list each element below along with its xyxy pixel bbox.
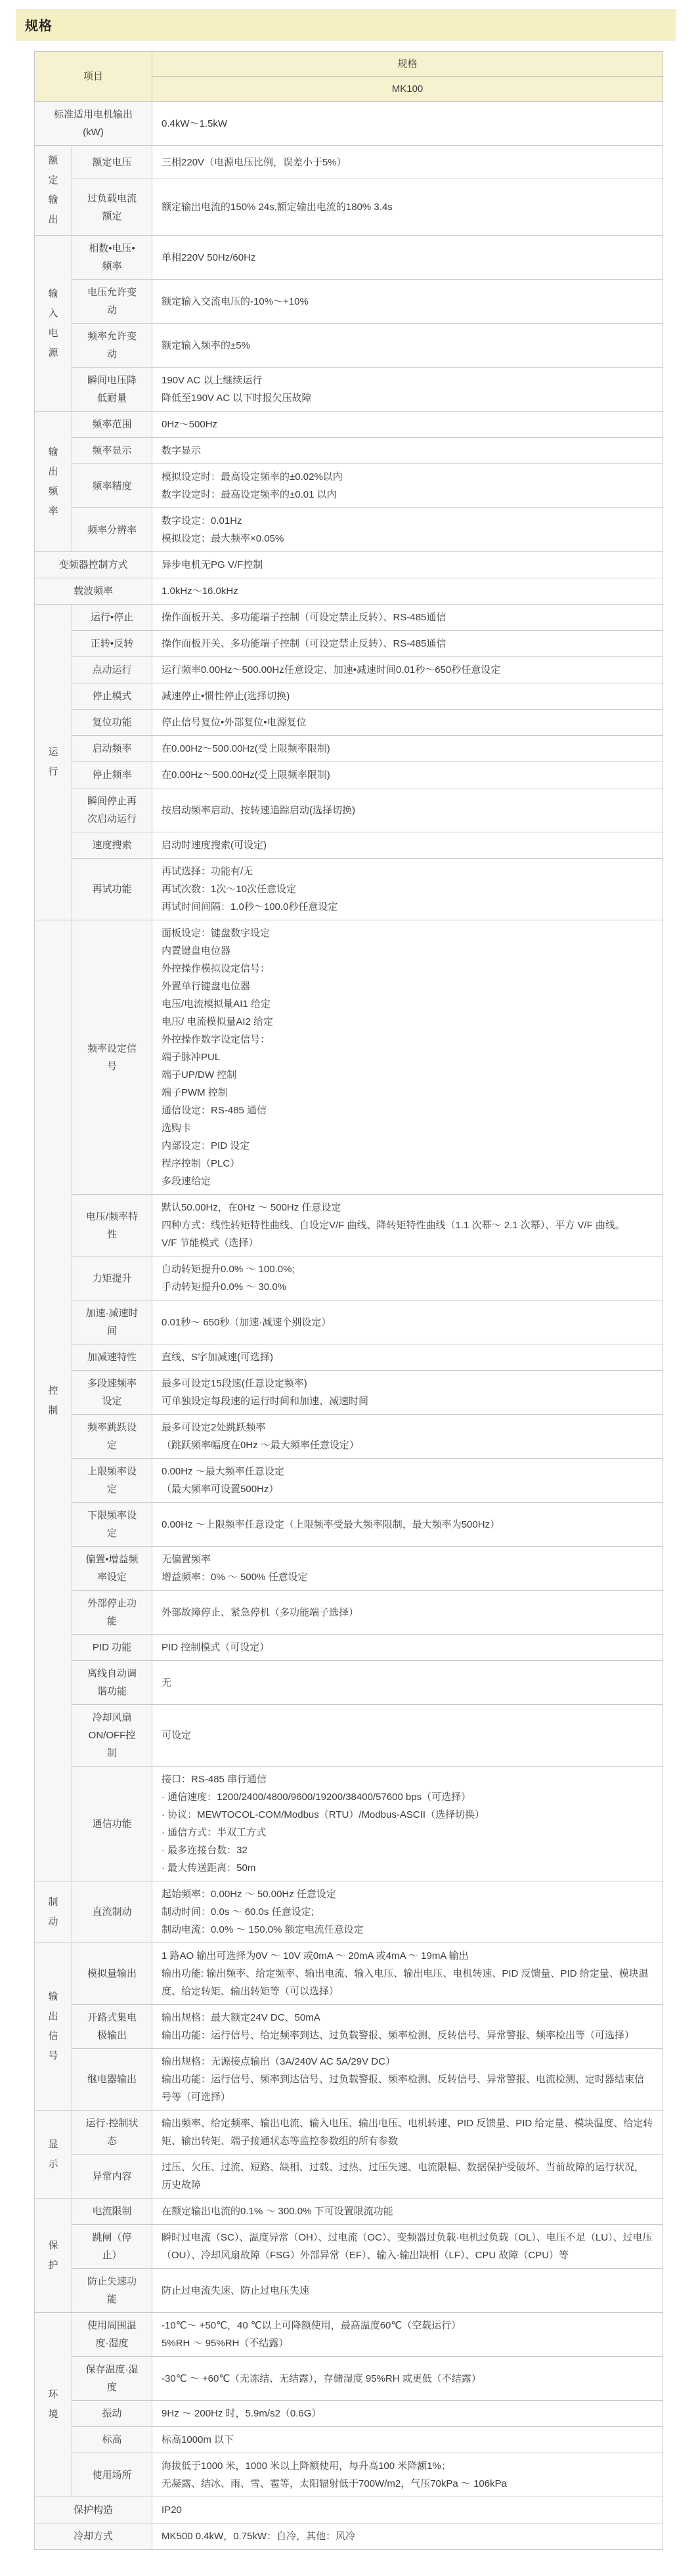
spec-value-cell: 过压、欠压、过流、短路、缺相、过载、过热、过压失速、电流限幅、数据保护受破坏、当…: [152, 2155, 663, 2199]
spec-value-line: IP20: [162, 2501, 653, 2519]
spec-item-label: 开路式集电极输出: [72, 2005, 152, 2049]
table-row: 继电器输出输出规格：无源接点输出（3A/240V AC 5A/29V DC）输出…: [35, 2049, 663, 2111]
spec-item-label: 频率显示: [72, 438, 152, 464]
spec-group-label: 环境: [49, 2385, 58, 2424]
spec-value-line: 1 路AO 输出可选择为0V ～ 10V 或0mA ～ 20mA 或4mA ～ …: [162, 1947, 653, 1965]
spec-group-cell: 保护: [35, 2199, 72, 2313]
spec-table-body: 标准适用电机输出 (kW)0.4kW～1.5kW额定输出额定电压三相220V（电…: [35, 102, 663, 2550]
spec-value-line: -10℃～ +50℃，40 ℃以上可降额使用，最高温度60℃（空载运行）: [162, 2317, 653, 2334]
spec-value-line: 电压/电流模拟量AI1 给定: [162, 995, 653, 1013]
spec-item-label: 保存温度·湿度: [72, 2357, 152, 2401]
spec-value-cell: 0.00Hz ～上限频率任意设定（上限频率受最大频率限制，最大频率为500Hz）: [152, 1503, 663, 1547]
spec-item-label: 启动频率: [72, 736, 152, 762]
spec-value-line: 海拔低于1000 米，1000 米以上降额使用，每升高100 米降额1%；: [162, 2457, 653, 2475]
spec-value-cell: 直线、S字加减速(可选择): [152, 1344, 663, 1371]
spec-value-cell: 操作面板开关、多功能端子控制（可设定禁止反转）、RS-485通信: [152, 605, 663, 631]
table-row: PID 功能PID 控制模式（可设定）: [35, 1635, 663, 1661]
spec-value-line: 外部故障停止、紧急停机（多功能端子选择）: [162, 1604, 653, 1621]
spec-item-label: 偏置•增益频率设定: [72, 1547, 152, 1591]
table-row: 瞬间电压降低耐量190V AC 以上继续运行降低至190V AC 以下时报欠压故…: [35, 368, 663, 412]
spec-value-cell: 停止信号复位•外部复位•电源复位: [152, 710, 663, 736]
spec-group-cell: 环境: [35, 2313, 72, 2497]
spec-value-line: 异步电机无PG V/F控制: [162, 556, 653, 574]
spec-value-line: 再试时间间隔：1.0秒～100.0秒任意设定: [162, 898, 653, 916]
table-row: 冷却方式MK500 0.4kW，0.75kW：自冷，其他：风冷: [35, 2523, 663, 2550]
spec-item-label: 电流限制: [72, 2199, 152, 2225]
spec-item-label: 点动运行: [72, 657, 152, 683]
spec-item-label: 电压/频率特性: [72, 1195, 152, 1256]
spec-value-line: 停止信号复位•外部复位•电源复位: [162, 714, 653, 731]
spec-item-label: 变频器控制方式: [35, 552, 152, 578]
spec-value-cell: 额定输入交流电压的-10%～+10%: [152, 280, 663, 324]
spec-value-cell: 模拟设定时：最高设定频率的±0.02%以内数字设定时：最高设定频率的±0.01 …: [152, 464, 663, 508]
spec-group-label: 输出频率: [49, 442, 58, 521]
table-row: 输出频率频率范围0Hz～500Hz: [35, 412, 663, 438]
spec-value-line: 在0.00Hz～500.00Hz(受上限频率限制): [162, 740, 653, 758]
spec-value-line: 通信设定：RS-485 通信: [162, 1102, 653, 1119]
spec-item-label: 振动: [72, 2401, 152, 2427]
spec-value-cell: 单相220V 50Hz/60Hz: [152, 236, 663, 280]
spec-value-line: 运行频率0.00Hz～500.00Hz任意设定、加速•减速时间0.01秒～650…: [162, 661, 653, 679]
spec-value-line: · 通信速度：1200/2400/4800/9600/19200/38400/5…: [162, 1788, 653, 1806]
spec-value-line: · 最大传送距离：50m: [162, 1859, 653, 1877]
spec-value-line: 操作面板开关、多功能端子控制（可设定禁止反转）、RS-485通信: [162, 635, 653, 653]
spec-value-line: 无凝露、结冰、雨、雪、雹等，太阳辐射低于700W/m2，气压70kPa ～ 10…: [162, 2475, 653, 2493]
spec-value-cell: 无: [152, 1661, 663, 1705]
header-item-cell: 项目: [35, 52, 152, 102]
table-row: 标准适用电机输出 (kW)0.4kW～1.5kW: [35, 102, 663, 146]
spec-value-line: 输出频率、给定频率、输出电流、输入电压、输出电压、电机转速、PID 反馈量、PI…: [162, 2114, 653, 2150]
spec-value-line: 再试选择：功能有/无: [162, 863, 653, 880]
spec-value-line: 按启动频率启动、按转速追踪启动(选择切换): [162, 802, 653, 819]
spec-group-cell: 运行: [35, 605, 72, 920]
spec-item-label: 保护构造: [35, 2497, 152, 2523]
spec-value-cell: 在0.00Hz～500.00Hz(受上限频率限制): [152, 762, 663, 788]
spec-value-line: 选购卡: [162, 1119, 653, 1137]
table-row: 下限频率设定0.00Hz ～上限频率任意设定（上限频率受最大频率限制，最大频率为…: [35, 1503, 663, 1547]
spec-value-line: 端子PWM 控制: [162, 1084, 653, 1102]
spec-value-line: 额定输入交流电压的-10%～+10%: [162, 293, 653, 311]
spec-item-label: 正转•反转: [72, 631, 152, 657]
spec-value-cell: 输出频率、给定频率、输出电流、输入电压、输出电压、电机转速、PID 反馈量、PI…: [152, 2111, 663, 2155]
spec-value-line: 输出功能: 输出频率、给定频率、输出电流、输入电压、输出电压、电机转速、PID …: [162, 1965, 653, 2000]
spec-value-line: 1.0kHz～16.0kHz: [162, 582, 653, 600]
spec-item-label: 额定电压: [72, 146, 152, 179]
spec-value-line: -30℃ ～ +60℃（无冻结、无结露），存储湿度 95%RH 或更低（不结露）: [162, 2370, 653, 2388]
table-row: 输出信号模拟量输出1 路AO 输出可选择为0V ～ 10V 或0mA ～ 20m…: [35, 1943, 663, 2005]
spec-group-label: 显示: [49, 2135, 58, 2174]
spec-value-line: 自动转矩提升0.0% ～ 100.0%;: [162, 1260, 653, 1278]
spec-group-cell: 制动: [35, 1881, 72, 1943]
spec-value-line: 瞬时过电流（SC）、温度异常（OH）、过电流（OC）、变频器过负载·电机过负载（…: [162, 2229, 653, 2264]
table-row: 防止失速功能防止过电流失速、防止过电压失速: [35, 2269, 663, 2313]
spec-value-line: 端子脉冲PUL: [162, 1048, 653, 1066]
table-row: 冷却风扇ON/OFF控制可设定: [35, 1705, 663, 1767]
spec-value-line: 输出规格：最大额定24V DC、50mA: [162, 2009, 653, 2027]
spec-item-label: 再试功能: [72, 859, 152, 920]
spec-value-cell: 接口：RS-485 串行通信· 通信速度：1200/2400/4800/9600…: [152, 1767, 663, 1881]
spec-item-label: 加减速特性: [72, 1344, 152, 1371]
spec-value-line: 防止过电流失速、防止过电压失速: [162, 2282, 653, 2300]
table-row: 多段速频率设定最多可设定15段速(任意设定频率)可单独设定每段速的运行时间和加速…: [35, 1371, 663, 1415]
spec-value-cell: 默认50.00Hz，在0Hz ～ 500Hz 任意设定四种方式：线性转矩特性曲线…: [152, 1195, 663, 1256]
spec-value-line: 三相220V（电源电压比例，误差小于5%）: [162, 154, 653, 171]
spec-value-cell: 异步电机无PG V/F控制: [152, 552, 663, 578]
spec-value-line: · 最多连接台数：32: [162, 1841, 653, 1859]
spec-item-label: 力矩提升: [72, 1256, 152, 1300]
table-row: 电压/频率特性默认50.00Hz，在0Hz ～ 500Hz 任意设定四种方式：线…: [35, 1195, 663, 1256]
table-row: 离线自动调谐功能无: [35, 1661, 663, 1705]
spec-item-label: 相数•电压•频率: [72, 236, 152, 280]
spec-item-label: 离线自动调谐功能: [72, 1661, 152, 1705]
spec-value-cell: 面板设定：键盘数字设定内置键盘电位器外控操作模拟设定信号：外置单行键盘电位器电压…: [152, 920, 663, 1195]
table-row: 频率跳跃设定最多可设定2处跳跃频率（跳跃频率幅度在0Hz ～最大频率任意设定）: [35, 1415, 663, 1459]
spec-value-line: 端子UP/DW 控制: [162, 1066, 653, 1084]
spec-item-label: 频率范围: [72, 412, 152, 438]
spec-value-line: 多段速给定: [162, 1172, 653, 1190]
table-row: 运行运行•停止操作面板开关、多功能端子控制（可设定禁止反转）、RS-485通信: [35, 605, 663, 631]
spec-item-label: 使用周围温度·湿度: [72, 2313, 152, 2357]
table-row: 开路式集电极输出输出规格：最大额定24V DC、50mA输出功能：运行信号、给定…: [35, 2005, 663, 2049]
spec-value-line: 可设定: [162, 1727, 653, 1744]
spec-value-line: 外置单行键盘电位器: [162, 977, 653, 995]
spec-item-label: 通信功能: [72, 1767, 152, 1881]
spec-value-line: 手动转矩提升0.0% ～ 30.0%: [162, 1278, 653, 1296]
spec-group-label: 控制: [49, 1381, 58, 1421]
table-row: 复位功能停止信号复位•外部复位•电源复位: [35, 710, 663, 736]
spec-item-label: 外部停止功能: [72, 1591, 152, 1635]
spec-value-cell: 减速停止•惯性停止(选择切换): [152, 683, 663, 710]
spec-value-line: 在额定输出电流的0.1% ～ 300.0% 下可设置限流功能: [162, 2202, 653, 2220]
spec-item-label: 冷却风扇ON/OFF控制: [72, 1705, 152, 1767]
table-row: 启动频率在0.00Hz～500.00Hz(受上限频率限制): [35, 736, 663, 762]
section-title-bar: 规格: [16, 9, 676, 41]
spec-group-cell: 额定输出: [35, 146, 72, 236]
table-row: 停止模式减速停止•惯性停止(选择切换): [35, 683, 663, 710]
table-row: 上限频率设定0.00Hz ～最大频率任意设定（最大频率可设置500Hz）: [35, 1459, 663, 1503]
spec-value-line: 0Hz～500Hz: [162, 416, 653, 433]
spec-value-line: 增益频率：0% ～ 500% 任意设定: [162, 1568, 653, 1586]
spec-item-label: 防止失速功能: [72, 2269, 152, 2313]
table-row: 跳闸（停止）瞬时过电流（SC）、温度异常（OH）、过电流（OC）、变频器过负载·…: [35, 2225, 663, 2269]
spec-value-cell: 输出规格：无源接点输出（3A/240V AC 5A/29V DC）输出功能：运行…: [152, 2049, 663, 2111]
table-row: 输入电源相数•电压•频率单相220V 50Hz/60Hz: [35, 236, 663, 280]
spec-value-line: 再试次数：1次～10次任意设定: [162, 880, 653, 898]
spec-item-label: 瞬间电压降低耐量: [72, 368, 152, 412]
spec-value-cell: 在额定输出电流的0.1% ～ 300.0% 下可设置限流功能: [152, 2199, 663, 2225]
table-row: 力矩提升自动转矩提升0.0% ～ 100.0%;手动转矩提升0.0% ～ 30.…: [35, 1256, 663, 1300]
spec-value-line: V/F 节能模式（选择）: [162, 1234, 653, 1252]
spec-item-label: 运行·控制状态: [72, 2111, 152, 2155]
table-row: 点动运行运行频率0.00Hz～500.00Hz任意设定、加速•减速时间0.01秒…: [35, 657, 663, 683]
spec-value-line: 0.00Hz ～上限频率任意设定（上限频率受最大频率限制，最大频率为500Hz）: [162, 1516, 653, 1534]
spec-item-label: 跳闸（停止）: [72, 2225, 152, 2269]
spec-value-cell: 0.4kW～1.5kW: [152, 102, 663, 146]
spec-item-label: 瞬间停止再次启动运行: [72, 788, 152, 832]
table-row: 再试功能再试选择：功能有/无再试次数：1次～10次任意设定再试时间间隔：1.0秒…: [35, 859, 663, 920]
spec-value-line: 直线、S字加减速(可选择): [162, 1348, 653, 1366]
spec-value-cell: 在0.00Hz～500.00Hz(受上限频率限制): [152, 736, 663, 762]
spec-value-line: 数字设定：0.01Hz: [162, 512, 653, 530]
spec-item-label: 多段速频率设定: [72, 1371, 152, 1415]
table-row: 外部停止功能外部故障停止、紧急停机（多功能端子选择）: [35, 1591, 663, 1635]
spec-value-cell: 起始频率：0.00Hz ～ 50.00Hz 任意设定制动时间：0.0s ～ 60…: [152, 1881, 663, 1943]
spec-value-line: 额定输入频率的±5%: [162, 337, 653, 354]
spec-value-line: 内部设定：PID 设定: [162, 1137, 653, 1155]
spec-value-line: 模拟设定时：最高设定频率的±0.02%以内: [162, 468, 653, 486]
table-row: 频率允许变动额定输入频率的±5%: [35, 324, 663, 368]
spec-item-label: 异常内容: [72, 2155, 152, 2199]
spec-value-cell: 再试选择：功能有/无再试次数：1次～10次任意设定再试时间间隔：1.0秒～100…: [152, 859, 663, 920]
spec-value-line: · 协议：MEWTOCOL-COM/Modbus（RTU）/Modbus-ASC…: [162, 1806, 653, 1824]
spec-item-label: 频率跳跃设定: [72, 1415, 152, 1459]
spec-value-cell: MK500 0.4kW，0.75kW：自冷，其他：风冷: [152, 2523, 663, 2550]
spec-value-cell: 额定输入频率的±5%: [152, 324, 663, 368]
table-row: 变频器控制方式异步电机无PG V/F控制: [35, 552, 663, 578]
table-row: 异常内容过压、欠压、过流、短路、缺相、过载、过热、过压失速、电流限幅、数据保护受…: [35, 2155, 663, 2199]
spec-value-line: 默认50.00Hz，在0Hz ～ 500Hz 任意设定: [162, 1199, 653, 1216]
spec-value-cell: 1.0kHz～16.0kHz: [152, 578, 663, 605]
table-row: 速度搜索启动时速度搜索(可设定): [35, 832, 663, 859]
table-row: 保护构造IP20: [35, 2497, 663, 2523]
spec-value-cell: 外部故障停止、紧急停机（多功能端子选择）: [152, 1591, 663, 1635]
spec-value-line: 起始频率：0.00Hz ～ 50.00Hz 任意设定: [162, 1885, 653, 1903]
table-row: 频率分辨率数字设定：0.01Hz模拟设定：最大频率×0.05%: [35, 508, 663, 552]
spec-item-label: 停止模式: [72, 683, 152, 710]
spec-value-line: 输出功能：运行信号、频率到达信号、过负载警报、频率检测、反转信号、异常警报、电流…: [162, 2071, 653, 2106]
spec-value-cell: 输出规格：最大额定24V DC、50mA输出功能：运行信号、给定频率到达、过负载…: [152, 2005, 663, 2049]
spec-item-label: 标高: [72, 2427, 152, 2453]
spec-item-label: 标准适用电机输出 (kW): [35, 102, 152, 146]
spec-item-label: 运行•停止: [72, 605, 152, 631]
spec-value-cell: -10℃～ +50℃，40 ℃以上可降额使用，最高温度60℃（空载运行）5%RH…: [152, 2313, 663, 2357]
spec-value-line: （跳跃频率幅度在0Hz ～最大频率任意设定）: [162, 1436, 653, 1454]
spec-value-line: 9Hz ～ 200Hz 时，5.9m/s2（0.6G）: [162, 2405, 653, 2422]
spec-value-cell: 0Hz～500Hz: [152, 412, 663, 438]
spec-value-cell: 按启动频率启动、按转速追踪启动(选择切换): [152, 788, 663, 832]
spec-group-label: 运行: [49, 742, 58, 782]
spec-value-cell: 190V AC 以上继续运行降低至190V AC 以下时报欠压故障: [152, 368, 663, 412]
spec-value-line: 制动时间：0.0s ～ 60.0s 任意设定;: [162, 1903, 653, 1921]
spec-item-label: 频率精度: [72, 464, 152, 508]
table-row: 频率显示数字显示: [35, 438, 663, 464]
spec-item-label: 载波频率: [35, 578, 152, 605]
table-row: 加速·减速时间0.01秒～ 650秒（加速·减速个别设定）: [35, 1300, 663, 1344]
spec-value-cell: 防止过电流失速、防止过电压失速: [152, 2269, 663, 2313]
header-spec-cell: 规格: [152, 52, 663, 77]
table-row: 载波频率1.0kHz～16.0kHz: [35, 578, 663, 605]
spec-value-line: 数字显示: [162, 442, 653, 460]
spec-value-line: 电压/ 电流模拟量AI2 给定: [162, 1013, 653, 1031]
spec-value-line: 四种方式：线性转矩特性曲线、自设定V/F 曲线、降转矩特性曲线（1.1 次幂～ …: [162, 1216, 653, 1234]
spec-value-cell: 瞬时过电流（SC）、温度异常（OH）、过电流（OC）、变频器过负载·电机过负载（…: [152, 2225, 663, 2269]
spec-value-line: 外控操作模拟设定信号：: [162, 960, 653, 977]
spec-value-cell: 0.00Hz ～最大频率任意设定（最大频率可设置500Hz）: [152, 1459, 663, 1503]
table-row: 制动直流制动起始频率：0.00Hz ～ 50.00Hz 任意设定制动时间：0.0…: [35, 1881, 663, 1943]
spec-value-cell: 额定输出电流的150% 24s,额定输出电流的180% 3.4s: [152, 179, 663, 236]
spec-group-cell: 输出频率: [35, 412, 72, 552]
spec-item-label: 下限频率设定: [72, 1503, 152, 1547]
table-row: 加减速特性直线、S字加减速(可选择): [35, 1344, 663, 1371]
spec-value-line: PID 控制模式（可设定）: [162, 1639, 653, 1656]
table-row: 保存温度·湿度-30℃ ～ +60℃（无冻结、无结露），存储湿度 95%RH 或…: [35, 2357, 663, 2401]
page-title: 规格: [25, 19, 53, 33]
spec-value-line: 5%RH ～ 95%RH（不结露）: [162, 2334, 653, 2352]
spec-value-line: 单相220V 50Hz/60Hz: [162, 249, 653, 267]
table-row: 过负载电流额定额定输出电流的150% 24s,额定输出电流的180% 3.4s: [35, 179, 663, 236]
spec-group-label: 输出信号: [49, 1987, 58, 2066]
spec-value-line: 接口：RS-485 串行通信: [162, 1771, 653, 1788]
spec-item-label: 频率允许变动: [72, 324, 152, 368]
spec-value-line: 190V AC 以上继续运行: [162, 372, 653, 389]
spec-value-line: 面板设定：键盘数字设定: [162, 924, 653, 942]
spec-group-label: 输入电源: [49, 284, 58, 363]
spec-group-cell: 输入电源: [35, 236, 72, 412]
spec-value-cell: 数字显示: [152, 438, 663, 464]
table-row: 瞬间停止再次启动运行按启动频率启动、按转速追踪启动(选择切换): [35, 788, 663, 832]
table-row: 正转•反转操作面板开关、多功能端子控制（可设定禁止反转）、RS-485通信: [35, 631, 663, 657]
spec-value-cell: 运行频率0.00Hz～500.00Hz任意设定、加速•减速时间0.01秒～650…: [152, 657, 663, 683]
spec-value-cell: 三相220V（电源电压比例，误差小于5%）: [152, 146, 663, 179]
spec-value-line: 过压、欠压、过流、短路、缺相、过载、过热、过压失速、电流限幅、数据保护受破坏、当…: [162, 2158, 653, 2194]
spec-value-line: 标高1000m 以下: [162, 2431, 653, 2449]
spec-value-line: 制动电流：0.0% ～ 150.0% 额定电流任意设定: [162, 1921, 653, 1939]
header-model-cell: MK100: [152, 77, 663, 102]
spec-item-label: 上限频率设定: [72, 1459, 152, 1503]
spec-item-label: 频率分辨率: [72, 508, 152, 552]
spec-value-line: 程序控制（PLC）: [162, 1155, 653, 1172]
spec-table: 项目 规格 MK100 标准适用电机输出 (kW)0.4kW～1.5kW额定输出…: [34, 51, 663, 2550]
spec-group-label: 制动: [49, 1893, 58, 1932]
spec-value-line: 在0.00Hz～500.00Hz(受上限频率限制): [162, 766, 653, 784]
spec-item-label: 复位功能: [72, 710, 152, 736]
spec-value-line: （最大频率可设置500Hz）: [162, 1480, 653, 1498]
table-row: 显示运行·控制状态输出频率、给定频率、输出电流、输入电压、输出电压、电机转速、P…: [35, 2111, 663, 2155]
spec-value-line: · 通信方式：半双工方式: [162, 1824, 653, 1841]
spec-value-cell: PID 控制模式（可设定）: [152, 1635, 663, 1661]
spec-table-container: 项目 规格 MK100 标准适用电机输出 (kW)0.4kW～1.5kW额定输出…: [34, 51, 663, 2550]
spec-value-line: 可单独设定每段速的运行时间和加速、减速时间: [162, 1392, 653, 1410]
spec-table-head: 项目 规格 MK100: [35, 52, 663, 102]
spec-value-cell: 1 路AO 输出可选择为0V ～ 10V 或0mA ～ 20mA 或4mA ～ …: [152, 1943, 663, 2005]
spec-value-line: 数字设定时：最高设定频率的±0.01 以内: [162, 486, 653, 504]
spec-group-label: 保护: [49, 2236, 58, 2275]
spec-group-cell: 输出信号: [35, 1943, 72, 2111]
spec-value-line: 外控操作数字设定信号：: [162, 1031, 653, 1048]
spec-value-cell: 启动时速度搜索(可设定): [152, 832, 663, 859]
spec-value-cell: 0.01秒～ 650秒（加速·减速个别设定）: [152, 1300, 663, 1344]
table-row: 保护电流限制在额定输出电流的0.1% ～ 300.0% 下可设置限流功能: [35, 2199, 663, 2225]
spec-value-line: 启动时速度搜索(可设定): [162, 836, 653, 854]
table-row: 偏置•增益频率设定无偏置频率增益频率：0% ～ 500% 任意设定: [35, 1547, 663, 1591]
spec-value-line: 0.4kW～1.5kW: [162, 115, 653, 133]
spec-value-cell: 标高1000m 以下: [152, 2427, 663, 2453]
spec-group-cell: 控制: [35, 920, 72, 1881]
table-row: 频率精度模拟设定时：最高设定频率的±0.02%以内数字设定时：最高设定频率的±0…: [35, 464, 663, 508]
spec-value-cell: 最多可设定15段速(任意设定频率)可单独设定每段速的运行时间和加速、减速时间: [152, 1371, 663, 1415]
spec-value-line: 额定输出电流的150% 24s,额定输出电流的180% 3.4s: [162, 198, 653, 216]
spec-item-label: 电压允许变动: [72, 280, 152, 324]
table-row: 电压允许变动额定输入交流电压的-10%～+10%: [35, 280, 663, 324]
spec-value-line: 减速停止•惯性停止(选择切换): [162, 687, 653, 705]
spec-value-cell: 海拔低于1000 米，1000 米以上降额使用，每升高100 米降额1%；无凝露…: [152, 2453, 663, 2497]
table-row: 使用场所海拔低于1000 米，1000 米以上降额使用，每升高100 米降额1%…: [35, 2453, 663, 2497]
spec-item-label: 直流制动: [72, 1881, 152, 1943]
spec-value-line: 0.00Hz ～最大频率任意设定: [162, 1463, 653, 1480]
spec-value-line: 最多可设定15段速(任意设定频率): [162, 1375, 653, 1392]
spec-value-line: 操作面板开关、多功能端子控制（可设定禁止反转）、RS-485通信: [162, 609, 653, 626]
spec-item-label: 停止频率: [72, 762, 152, 788]
spec-value-cell: 无偏置频率增益频率：0% ～ 500% 任意设定: [152, 1547, 663, 1591]
spec-value-cell: 可设定: [152, 1705, 663, 1767]
spec-value-line: 最多可设定2处跳跃频率: [162, 1419, 653, 1436]
spec-group-cell: 显示: [35, 2111, 72, 2199]
spec-item-label: 冷却方式: [35, 2523, 152, 2550]
spec-item-label: 模拟量输出: [72, 1943, 152, 2005]
spec-item-label: 速度搜索: [72, 832, 152, 859]
spec-value-line: 无偏置频率: [162, 1551, 653, 1568]
table-row: 环境使用周围温度·湿度-10℃～ +50℃，40 ℃以上可降额使用，最高温度60…: [35, 2313, 663, 2357]
spec-value-line: 降低至190V AC 以下时报欠压故障: [162, 389, 653, 407]
spec-item-label: 使用场所: [72, 2453, 152, 2497]
spec-item-label: 加速·减速时间: [72, 1300, 152, 1344]
spec-item-label: 过负载电流额定: [72, 179, 152, 236]
table-row: 停止频率在0.00Hz～500.00Hz(受上限频率限制): [35, 762, 663, 788]
spec-value-line: 内置键盘电位器: [162, 942, 653, 960]
spec-value-line: MK500 0.4kW，0.75kW：自冷，其他：风冷: [162, 2527, 653, 2545]
spec-value-line: 输出规格：无源接点输出（3A/240V AC 5A/29V DC）: [162, 2053, 653, 2071]
table-row: 额定输出额定电压三相220V（电源电压比例，误差小于5%）: [35, 146, 663, 179]
table-row: 通信功能接口：RS-485 串行通信· 通信速度：1200/2400/4800/…: [35, 1767, 663, 1881]
spec-value-cell: 数字设定：0.01Hz模拟设定：最大频率×0.05%: [152, 508, 663, 552]
spec-value-line: 模拟设定：最大频率×0.05%: [162, 530, 653, 547]
spec-item-label: 频率设定信号: [72, 920, 152, 1195]
spec-value-cell: -30℃ ～ +60℃（无冻结、无结露），存储湿度 95%RH 或更低（不结露）: [152, 2357, 663, 2401]
spec-value-line: 输出功能：运行信号、给定频率到达、过负载警报、频率检测、反转信号、异常警报、频率…: [162, 2027, 653, 2044]
spec-value-line: 0.01秒～ 650秒（加速·减速个别设定）: [162, 1314, 653, 1331]
table-row: 标高标高1000m 以下: [35, 2427, 663, 2453]
spec-value-cell: 9Hz ～ 200Hz 时，5.9m/s2（0.6G）: [152, 2401, 663, 2427]
spec-item-label: PID 功能: [72, 1635, 152, 1661]
spec-value-cell: IP20: [152, 2497, 663, 2523]
table-row: 振动9Hz ～ 200Hz 时，5.9m/s2（0.6G）: [35, 2401, 663, 2427]
spec-value-cell: 自动转矩提升0.0% ～ 100.0%;手动转矩提升0.0% ～ 30.0%: [152, 1256, 663, 1300]
spec-value-cell: 最多可设定2处跳跃频率（跳跃频率幅度在0Hz ～最大频率任意设定）: [152, 1415, 663, 1459]
table-header-row: 项目 规格: [35, 52, 663, 77]
spec-group-label: 额定输出: [49, 151, 58, 230]
spec-item-label: 继电器输出: [72, 2049, 152, 2111]
spec-value-cell: 操作面板开关、多功能端子控制（可设定禁止反转）、RS-485通信: [152, 631, 663, 657]
table-row: 控制频率设定信号面板设定：键盘数字设定内置键盘电位器外控操作模拟设定信号：外置单…: [35, 920, 663, 1195]
spec-value-line: 无: [162, 1674, 653, 1692]
